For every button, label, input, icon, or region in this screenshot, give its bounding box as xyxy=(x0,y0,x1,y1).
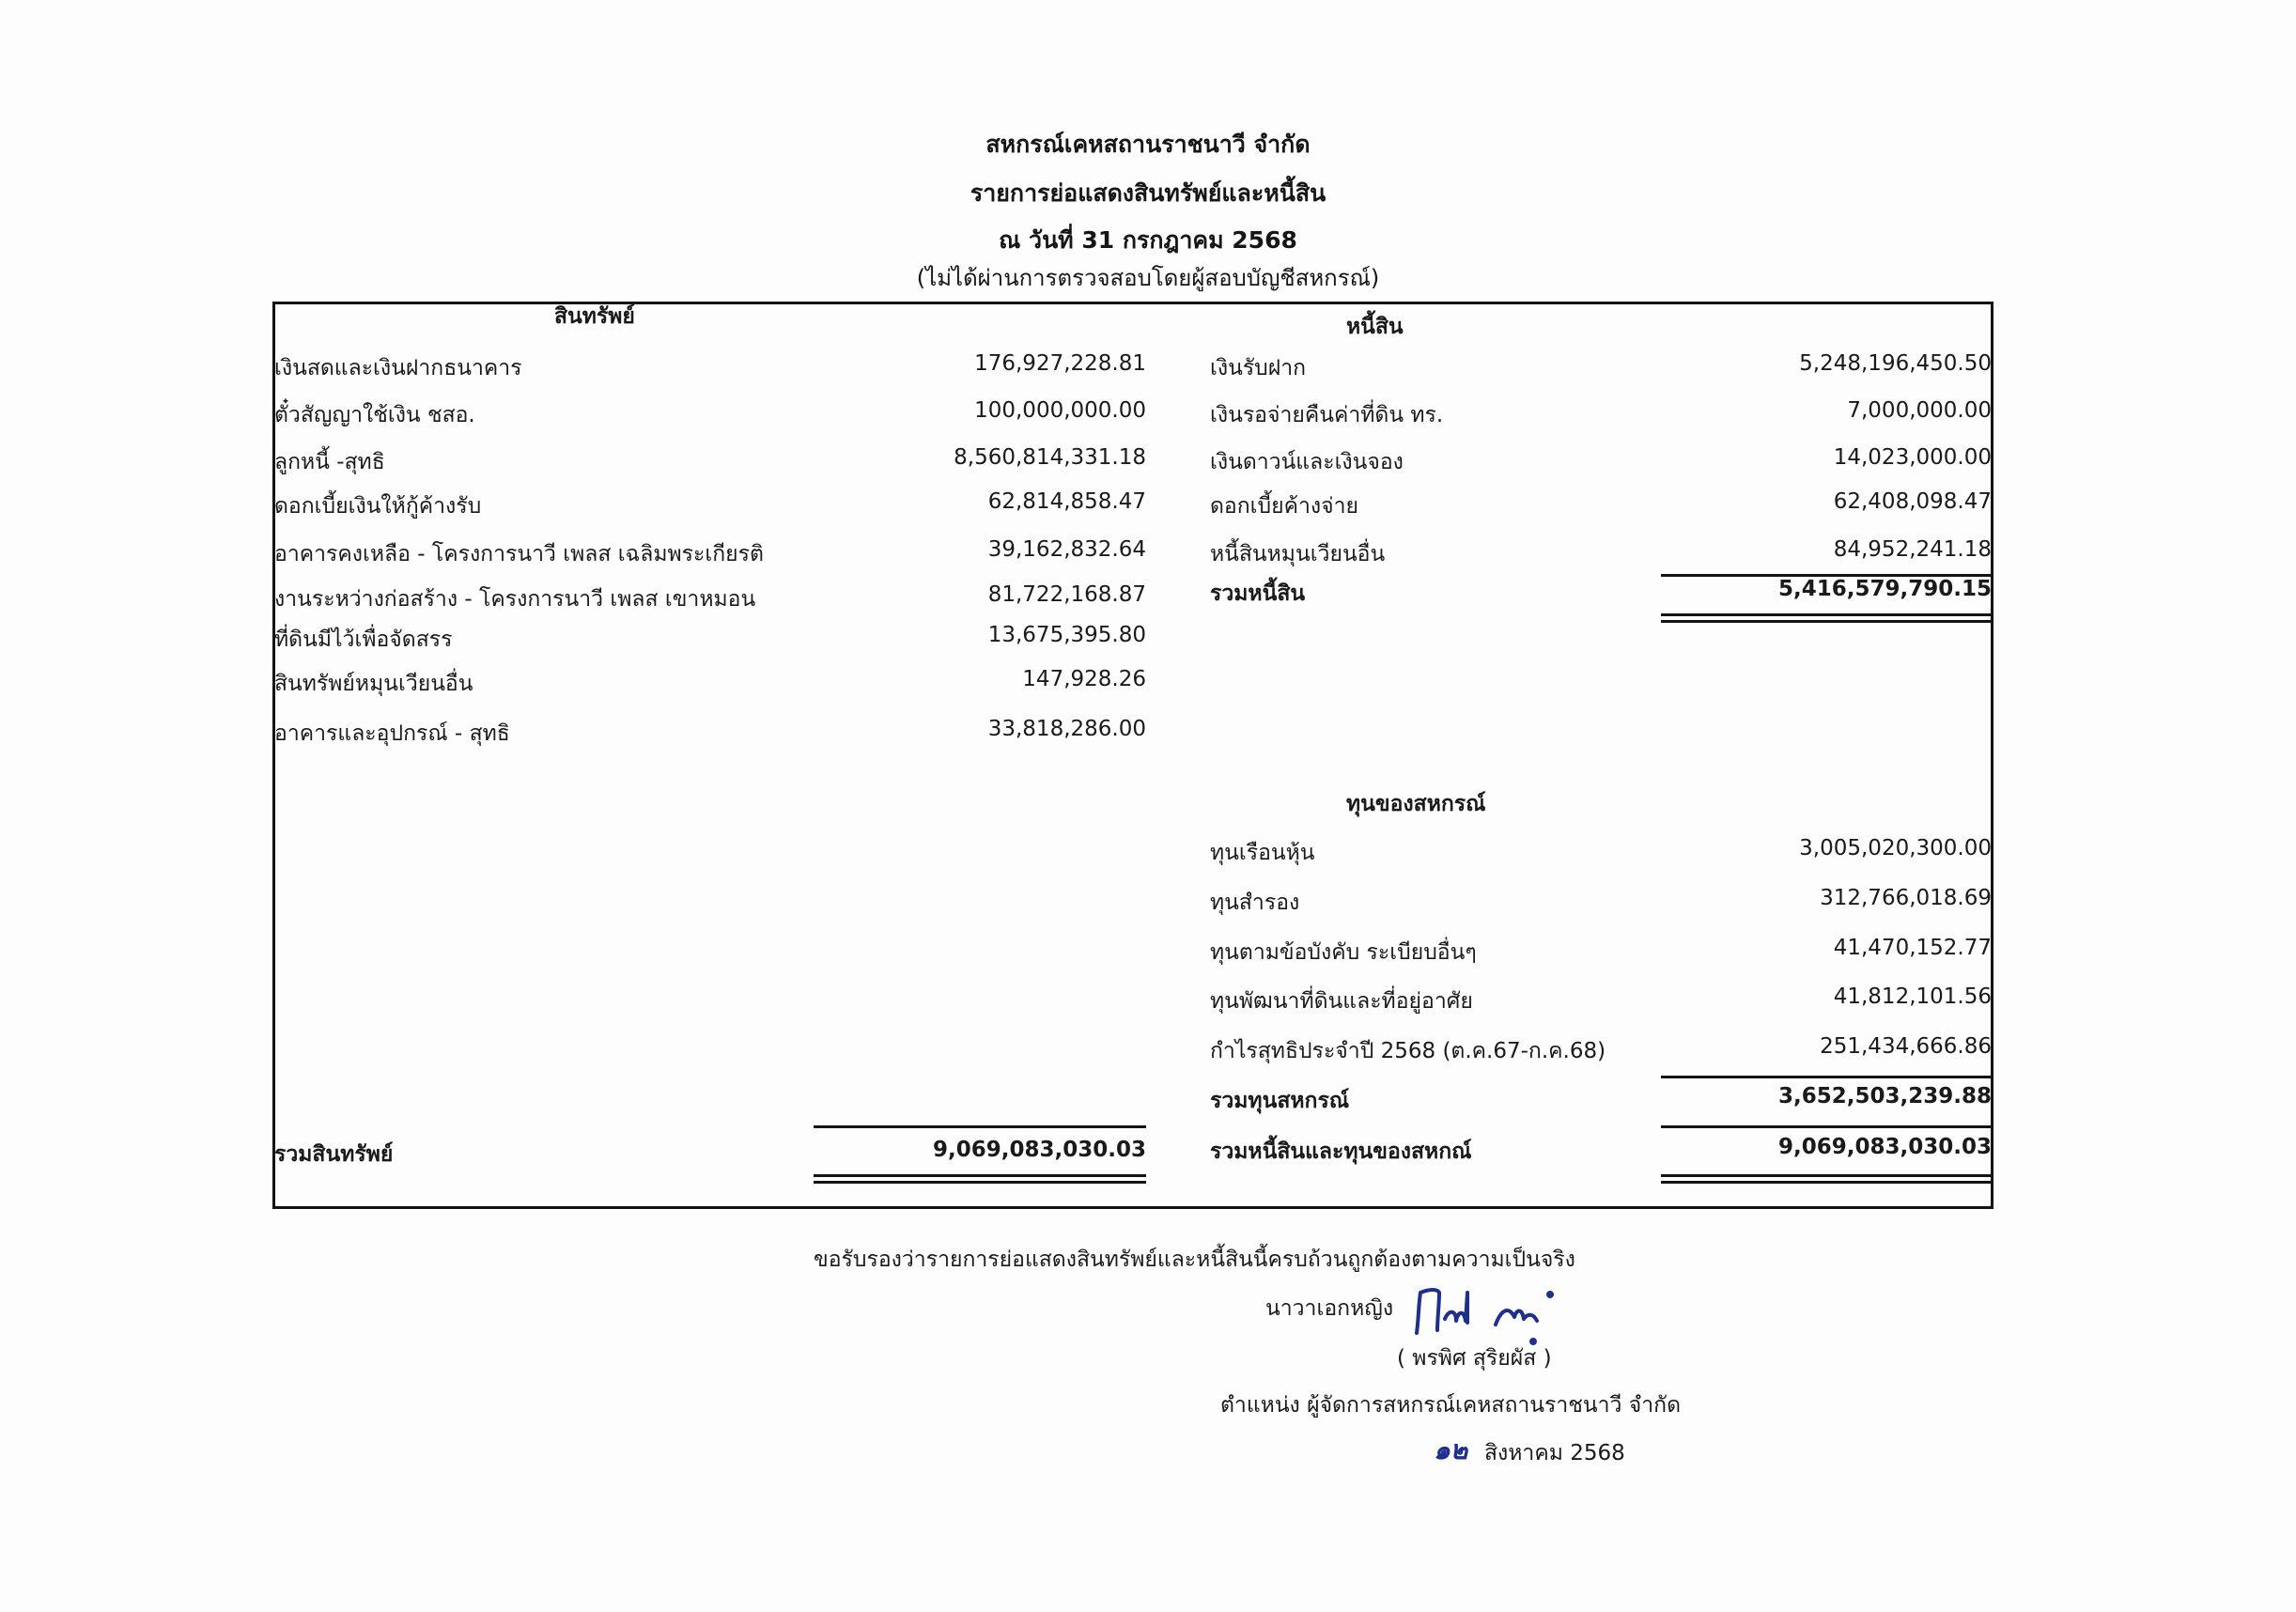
liability-value: 5,248,196,450.50 xyxy=(1799,351,1992,376)
equity-total-value: 3,652,503,239.88 xyxy=(1778,1084,1992,1108)
signature-icon xyxy=(1411,1281,1571,1347)
equity-value: 41,470,152.77 xyxy=(1834,936,1992,960)
asset-value: 81,722,168.87 xyxy=(988,582,1146,607)
liability-value: 62,408,098.47 xyxy=(1834,489,1992,514)
signer-rank: นาวาเอกหญิง xyxy=(1265,1292,1393,1325)
equity-label: กำไรสุทธิประจำปี 2568 (ต.ค.67-ก.ค.68) xyxy=(1210,1034,1606,1068)
grand-total-rule xyxy=(1661,1125,1993,1128)
report-title: รายการย่อแสดงสินทรัพย์และหนี้สิน xyxy=(0,175,2296,212)
assets-total-value: 9,069,083,030.03 xyxy=(933,1138,1146,1162)
liability-value: 7,000,000.00 xyxy=(1847,398,1992,423)
assets-total-double-rule xyxy=(814,1174,1146,1184)
asset-label: ลูกหนี้ -สุทธิ xyxy=(274,445,385,479)
equity-label: ทุนเรือนหุ้น xyxy=(1210,836,1315,870)
equity-value: 312,766,018.69 xyxy=(1820,886,1992,910)
asset-label: ดอกเบี้ยเงินให้กู้ค้างรับ xyxy=(274,489,481,523)
equity-heading: ทุนของสหกรณ์ xyxy=(1346,787,1485,821)
liability-label: หนี้สินหมุนเวียนอื่น xyxy=(1210,537,1385,571)
asset-label: อาคารคงเหลือ - โครงการนาวี เพลส เฉลิมพระ… xyxy=(274,537,764,571)
liability-label: เงินดาวน์และเงินจอง xyxy=(1210,445,1404,479)
asset-label: สินทรัพย์หมุนเวียนอื่น xyxy=(274,667,473,701)
assets-total-rule xyxy=(814,1125,1146,1128)
liabilities-total-label: รวมหนี้สิน xyxy=(1210,577,1305,611)
asset-label: ตั๋วสัญญาใช้เงิน ชสอ. xyxy=(274,398,475,432)
equity-label: ทุนตามข้อบังคับ ระเบียบอื่นๆ xyxy=(1210,936,1477,969)
liability-label: เงินรอจ่ายคืนค่าที่ดิน ทร. xyxy=(1210,398,1443,432)
equity-label: ทุนสำรอง xyxy=(1210,886,1299,920)
certification-text: ขอรับรองว่ารายการย่อแสดงสินทรัพย์และหนี้… xyxy=(814,1243,1575,1277)
equity-value: 3,005,020,300.00 xyxy=(1799,836,1992,860)
grand-total-double-rule xyxy=(1661,1174,1993,1184)
asset-value: 147,928.26 xyxy=(1022,667,1146,691)
liabilities-heading: หนี้สิน xyxy=(1346,310,1404,344)
equity-label: ทุนพัฒนาที่ดินและที่อยู่อาศัย xyxy=(1210,984,1473,1018)
equity-total-label: รวมทุนสหกรณ์ xyxy=(1210,1084,1349,1118)
grand-total-value: 9,069,083,030.03 xyxy=(1778,1135,1992,1159)
liability-label: เงินรับฝาก xyxy=(1210,351,1306,385)
signature-month-year: สิงหาคม 2568 xyxy=(1484,1436,1625,1470)
asset-label: งานระหว่างก่อสร้าง - โครงการนาวี เพลส เข… xyxy=(274,582,755,616)
grand-total-label: รวมหนี้สินและทุนของสหกณ์ xyxy=(1210,1135,1471,1169)
asset-value: 176,927,228.81 xyxy=(974,351,1146,376)
signer-position: ตำแหน่ง ผู้จัดการสหกรณ์เคหสถานราชนาวี จำ… xyxy=(1220,1388,1681,1422)
liability-value: 14,023,000.00 xyxy=(1834,445,1992,470)
signer-name: ( พรพิศ สุริยผัส ) xyxy=(1397,1341,1552,1375)
asset-value: 8,560,814,331.18 xyxy=(954,445,1146,470)
liabilities-total-double-rule xyxy=(1661,613,1993,623)
assets-total-label: รวมสินทรัพย์ xyxy=(274,1138,393,1171)
balance-sheet-table xyxy=(272,302,1993,1209)
asset-label: ที่ดินมีไว้เพื่อจัดสรร xyxy=(274,623,452,657)
asset-label: อาคารและอุปกรณ์ - สุทธิ xyxy=(274,717,510,751)
audit-note: (ไม่ได้ผ่านการตรวจสอบโดยผู้สอบบัญชีสหกรณ… xyxy=(0,259,2296,296)
asset-value: 62,814,858.47 xyxy=(988,489,1146,514)
asset-value: 13,675,395.80 xyxy=(988,623,1146,647)
liability-value: 84,952,241.18 xyxy=(1834,537,1992,562)
liabilities-total-value: 5,416,579,790.15 xyxy=(1778,577,1992,601)
equity-total-rule xyxy=(1661,1076,1993,1078)
asset-label: เงินสดและเงินฝากธนาคาร xyxy=(274,351,522,385)
assets-heading: สินทรัพย์ xyxy=(554,300,635,333)
asset-value: 39,162,832.64 xyxy=(988,537,1146,562)
report-date: ณ วันที่ 31 กรกฎาคม 2568 xyxy=(0,222,2296,259)
equity-value: 41,812,101.56 xyxy=(1834,984,1992,1009)
liability-label: ดอกเบี้ยค้างจ่าย xyxy=(1210,489,1358,523)
signature-day: ๑๒ xyxy=(1434,1430,1467,1471)
equity-value: 251,434,666.86 xyxy=(1820,1034,1992,1059)
organization-name: สหกรณ์เคหสถานราชนาวี จำกัด xyxy=(0,126,2296,163)
asset-value: 100,000,000.00 xyxy=(974,398,1146,423)
asset-value: 33,818,286.00 xyxy=(988,717,1146,741)
